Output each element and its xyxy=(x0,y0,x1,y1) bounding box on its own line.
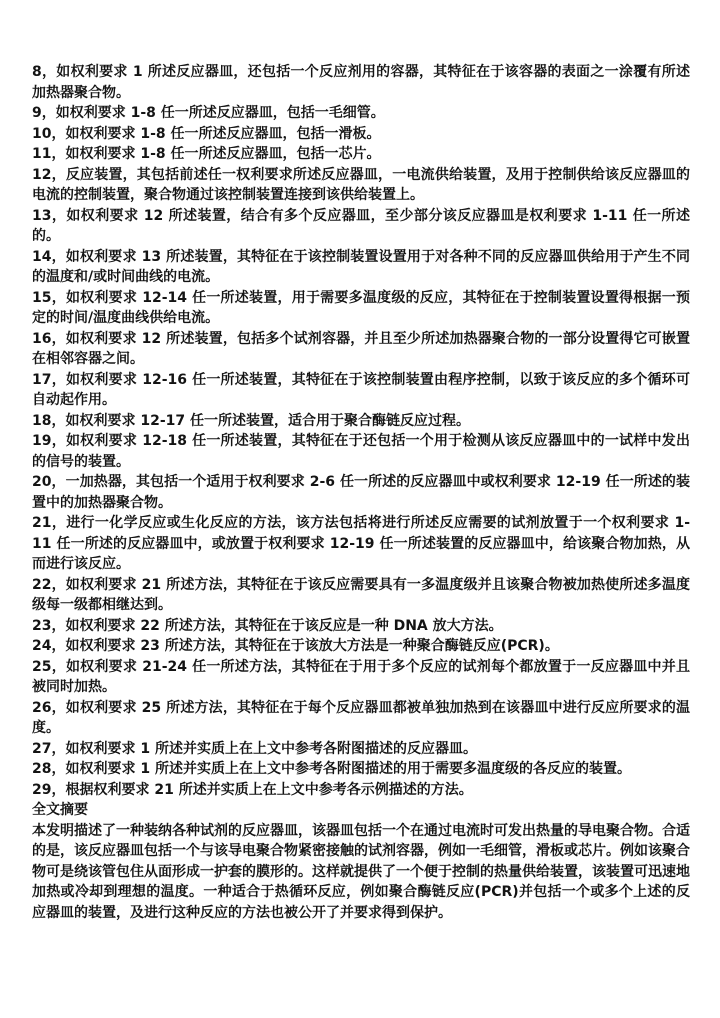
claim-paragraph-29: 29，根据权利要求 21 所述并实质上在上文中参考各示例描述的方法。 xyxy=(32,780,690,801)
claim-paragraph-26: 26，如权利要求 25 所述方法，其特征在于每个反应器皿都被单独加热到在该器皿中… xyxy=(32,698,690,739)
claim-paragraph-13: 13，如权利要求 12 所述装置，结合有多个反应器皿，至少部分该反应器皿是权利要… xyxy=(32,206,690,247)
claim-paragraph-27: 27，如权利要求 1 所述并实质上在上文中参考各附图描述的反应器皿。 xyxy=(32,739,690,760)
claim-paragraph-10: 10，如权利要求 1-8 任一所述反应器皿，包括一滑板。 xyxy=(32,124,690,145)
claim-paragraph-12: 12，反应装置，其包括前述任一权利要求所述反应器皿，一电流供给装置，及用于控制供… xyxy=(32,165,690,206)
claim-paragraph-8: 8，如权利要求 1 所述反应器皿，还包括一个反应剂用的容器，其特征在于该容器的表… xyxy=(32,62,690,103)
claim-paragraph-25: 25，如权利要求 21-24 任一所述方法，其特征在于用于多个反应的试剂每个都放… xyxy=(32,657,690,698)
claim-paragraph-20: 20，一加热器，其包括一个适用于权利要求 2-6 任一所述的反应器皿中或权利要求… xyxy=(32,472,690,513)
claim-paragraph-17: 17，如权利要求 12-16 任一所述装置，其特征在于该控制装置由程序控制，以致… xyxy=(32,370,690,411)
claim-paragraph-14: 14，如权利要求 13 所述装置，其特征在于该控制装置设置用于对各种不同的反应器… xyxy=(32,247,690,288)
document-page: 8，如权利要求 1 所述反应器皿，还包括一个反应剂用的容器，其特征在于该容器的表… xyxy=(0,0,720,1018)
claims-section: 8，如权利要求 1 所述反应器皿，还包括一个反应剂用的容器，其特征在于该容器的表… xyxy=(32,62,690,800)
claim-paragraph-16: 16，如权利要求 12 所述装置，包括多个试剂容器，并且至少所述加热器聚合物的一… xyxy=(32,329,690,370)
abstract-section: 全文摘要 本发明描述了一种装纳各种试剂的反应器皿，该器皿包括一个在通过电流时可发… xyxy=(32,800,690,923)
claim-paragraph-22: 22，如权利要求 21 所述方法，其特征在于该反应需要具有一多温度级并且该聚合物… xyxy=(32,575,690,616)
claim-paragraph-11: 11，如权利要求 1-8 任一所述反应器皿，包括一芯片。 xyxy=(32,144,690,165)
claim-paragraph-15: 15，如权利要求 12-14 任一所述装置，用于需要多温度级的反应，其特征在于控… xyxy=(32,288,690,329)
claim-paragraph-18: 18，如权利要求 12-17 任一所述装置，适合用于聚合酶链反应过程。 xyxy=(32,411,690,432)
claim-paragraph-21: 21，进行一化学反应或生化反应的方法，该方法包括将进行所述反应需要的试剂放置于一… xyxy=(32,513,690,575)
claim-paragraph-9: 9，如权利要求 1-8 任一所述反应器皿，包括一毛细管。 xyxy=(32,103,690,124)
claim-paragraph-23: 23，如权利要求 22 所述方法，其特征在于该反应是一种 DNA 放大方法。 xyxy=(32,616,690,637)
abstract-heading: 全文摘要 xyxy=(32,800,690,821)
abstract-body: 本发明描述了一种装纳各种试剂的反应器皿，该器皿包括一个在通过电流时可发出热量的导… xyxy=(32,821,690,924)
claim-paragraph-24: 24，如权利要求 23 所述方法，其特征在于该放大方法是一种聚合酶链反应(PCR… xyxy=(32,636,690,657)
claim-paragraph-28: 28，如权利要求 1 所述并实质上在上文中参考各附图描述的用于需要多温度级的各反… xyxy=(32,759,690,780)
claim-paragraph-19: 19，如权利要求 12-18 任一所述装置，其特征在于还包括一个用于检测从该反应… xyxy=(32,431,690,472)
